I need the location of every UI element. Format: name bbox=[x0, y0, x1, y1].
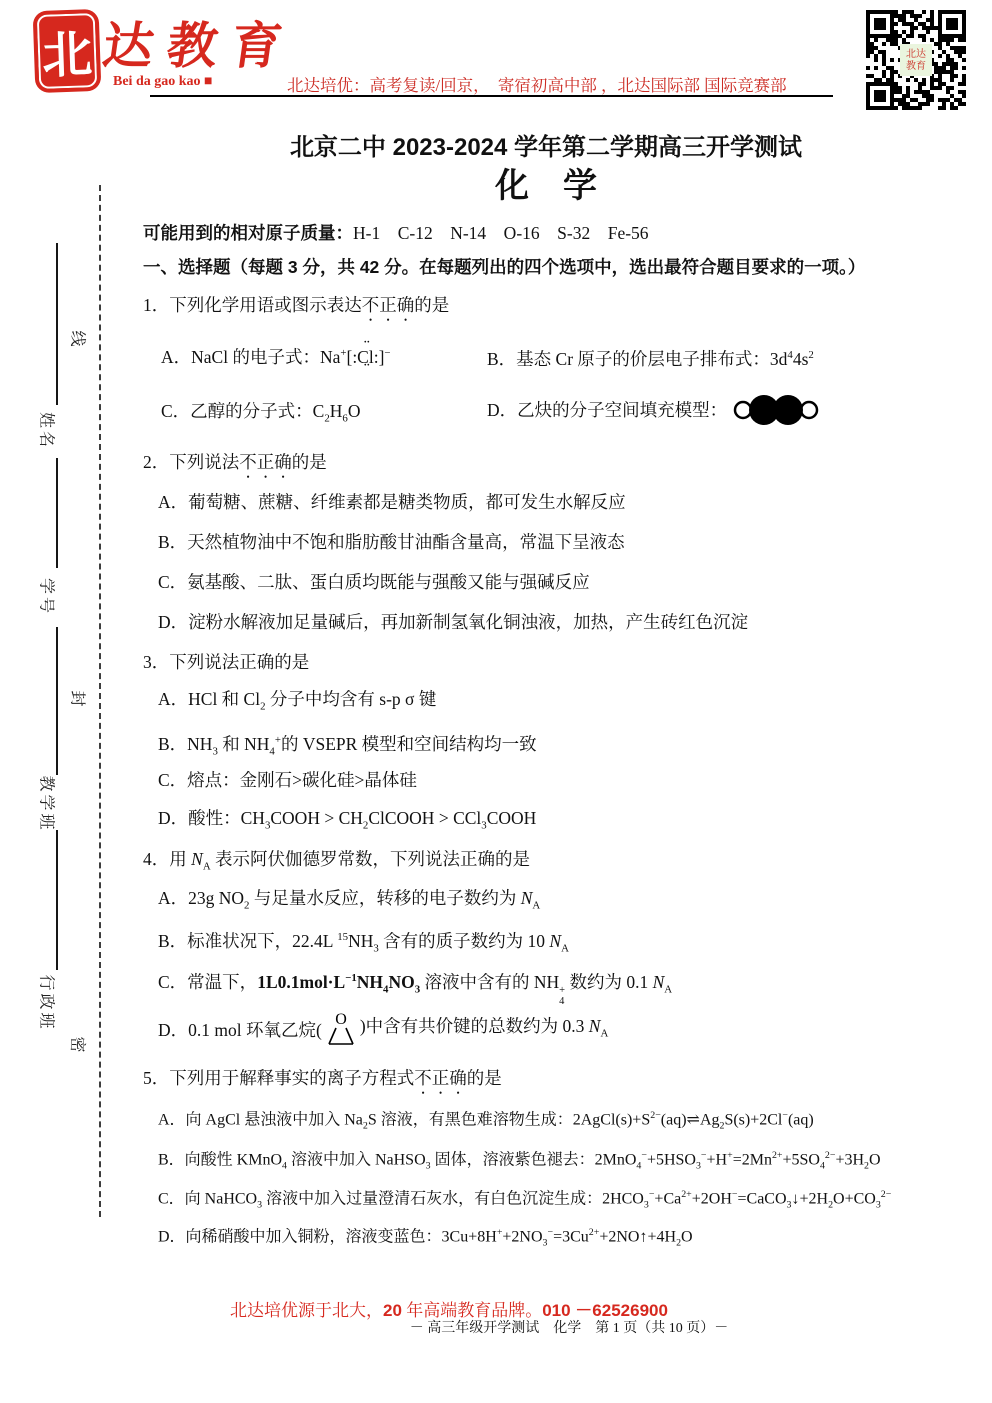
question-1-option-a: A．NaCl 的电子式：Na+[:Cl:]− bbox=[161, 341, 391, 369]
question-3-option-b: B．NH3 和 NH4+的 VSEPR 模型和空间结构均一致 bbox=[158, 728, 537, 763]
question-1-option-d-label: D．乙炔的分子空间填充模型： bbox=[487, 398, 727, 422]
footer-page-number: － 高三年级开学测试 化学 第 1 页（共 10 页）－ bbox=[383, 1317, 755, 1337]
question-1-option-c: C．乙醇的分子式：C2H6O bbox=[161, 399, 360, 431]
question-5-option-a: A．向 AgCl 悬浊液中加入 Na2S 溶液，有黑色难溶物生成：2AgCl(s… bbox=[158, 1104, 814, 1139]
seal-solid-line bbox=[56, 627, 58, 775]
qr-code: 北达 教育 bbox=[866, 10, 966, 110]
question-3-option-c: C．熔点：金刚石>碳化硅>晶体硅 bbox=[158, 768, 417, 792]
seal-label-line: 线 bbox=[68, 330, 91, 349]
seal-solid-line bbox=[56, 243, 58, 405]
question-4-option-d-post: )中含有共价键的总数约为 0.3 NA bbox=[360, 1014, 608, 1046]
space-filling-model-acetylene bbox=[731, 391, 821, 429]
seal-label-seal: 封 bbox=[68, 690, 91, 709]
question-1-option-b: B．基态 Cr 原子的价层电子排布式：3d44s2 bbox=[487, 343, 814, 371]
question-4-stem: 4．用 NA 表示阿伏伽德罗常数，下列说法正确的是 bbox=[143, 847, 530, 879]
brand-tagline: 北达培优：高考复读/回京， 寄宿初高中部 ，北达国际部 国际竞赛部 bbox=[287, 72, 787, 96]
seal-dashed-line bbox=[99, 185, 101, 1217]
question-4-option-b: B．标准状况下，22.4L 15NH3 含有的质子数约为 10 NA bbox=[158, 925, 569, 960]
brand-logo-pinyin: Bei da gao kao ■ bbox=[113, 74, 212, 90]
seal-label-student-id: 学号 bbox=[37, 578, 60, 616]
question-4-option-c: C．常温下，1L0.1mol·L−1NH4NO3 溶液中含有的 NH+4 数约为… bbox=[158, 966, 672, 1007]
question-4-option-a: A．23g NO2 与足量水反应，转移的电子数约为 NA bbox=[158, 886, 540, 918]
question-2-option-c: C．氨基酸、二肽、蛋白质均既能与强酸又能与强碱反应 bbox=[158, 570, 590, 594]
seal-label-teaching-class: 教学班 bbox=[37, 775, 60, 832]
brand-logo-script: 达教育 bbox=[99, 6, 301, 78]
question-2-option-d: D．淀粉水解液加足量碱后，再加新制氢氧化铜浊液，加热，产生砖红色沉淀 bbox=[158, 610, 748, 634]
header-divider bbox=[150, 95, 833, 97]
exam-title: 北京二中 2023-2024 学年第二学期高三开学测试 bbox=[143, 127, 949, 162]
question-1-option-d: D．乙炔的分子空间填充模型： bbox=[487, 391, 821, 429]
seal-solid-line bbox=[56, 830, 58, 970]
question-1-stem: 1．下列化学用语或图示表达不正确的是 bbox=[143, 293, 449, 325]
atomic-masses-line: 可能用到的相对原子质量：H-1 C-12 N-14 O-16 S-32 Fe-5… bbox=[143, 220, 649, 245]
question-3-stem: 3．下列说法正确的是 bbox=[143, 650, 309, 674]
brand-seal-logo: 北 bbox=[37, 13, 98, 89]
epoxide-ring-structure: O bbox=[326, 1011, 356, 1049]
question-2-option-b: B．天然植物油中不饱和脂肪酸甘油酯含量高，常温下呈液态 bbox=[158, 530, 625, 554]
seal-label-name: 姓名 bbox=[37, 412, 60, 450]
qr-center-label-line2: 教育 bbox=[906, 59, 926, 72]
question-5-option-c: C．向 NaHCO3 溶液中加入过量澄清石灰水，有白色沉淀生成：2HCO3−+C… bbox=[158, 1183, 891, 1218]
question-4-option-d-pre: D．0.1 mol 环氧乙烷( bbox=[158, 1018, 322, 1042]
question-2-stem: 2．下列说法不正确的是 bbox=[143, 450, 327, 482]
section-heading: 一、选择题（每题 3 分，共 42 分。在每题列出的四个选项中，选出最符合题目要… bbox=[143, 254, 973, 279]
question-3-option-a: A．HCl 和 Cl2 分子中均含有 s-p σ 键 bbox=[158, 687, 436, 719]
question-4-option-d: D．0.1 mol 环氧乙烷( O )中含有共价键的总数约为 0.3 NA bbox=[158, 1011, 608, 1049]
seal-label-admin-class: 行政班 bbox=[37, 974, 60, 1031]
atomic-masses-values: H-1 C-12 N-14 O-16 S-32 Fe-56 bbox=[353, 223, 649, 243]
svg-text:O: O bbox=[335, 1011, 347, 1028]
seal-label-secret: 密 bbox=[68, 1036, 91, 1055]
subject-title: 化 学 bbox=[143, 158, 949, 207]
qr-center-label-line1: 北达 bbox=[906, 47, 926, 60]
question-3-option-d: D．酸性：CH3COOH > CH2ClCOOH > CCl3COOH bbox=[158, 806, 536, 838]
question-5-option-d: D．向稀硝酸中加入铜粉，溶液变蓝色：3Cu+8H++2NO3−=3Cu2++2N… bbox=[158, 1221, 693, 1256]
atomic-masses-label: 可能用到的相对原子质量： bbox=[143, 223, 353, 243]
seal-solid-line bbox=[56, 458, 58, 568]
question-2-option-a: A．葡萄糖、蔗糖、纤维素都是糖类物质，都可发生水解反应 bbox=[158, 490, 626, 514]
question-5-option-b: B．向酸性 KMnO4 溶液中加入 NaHSO3 固体，溶液紫色褪去：2MnO4… bbox=[158, 1144, 881, 1179]
question-5-stem: 5．下列用于解释事实的离子方程式不正确的是 bbox=[143, 1066, 502, 1098]
